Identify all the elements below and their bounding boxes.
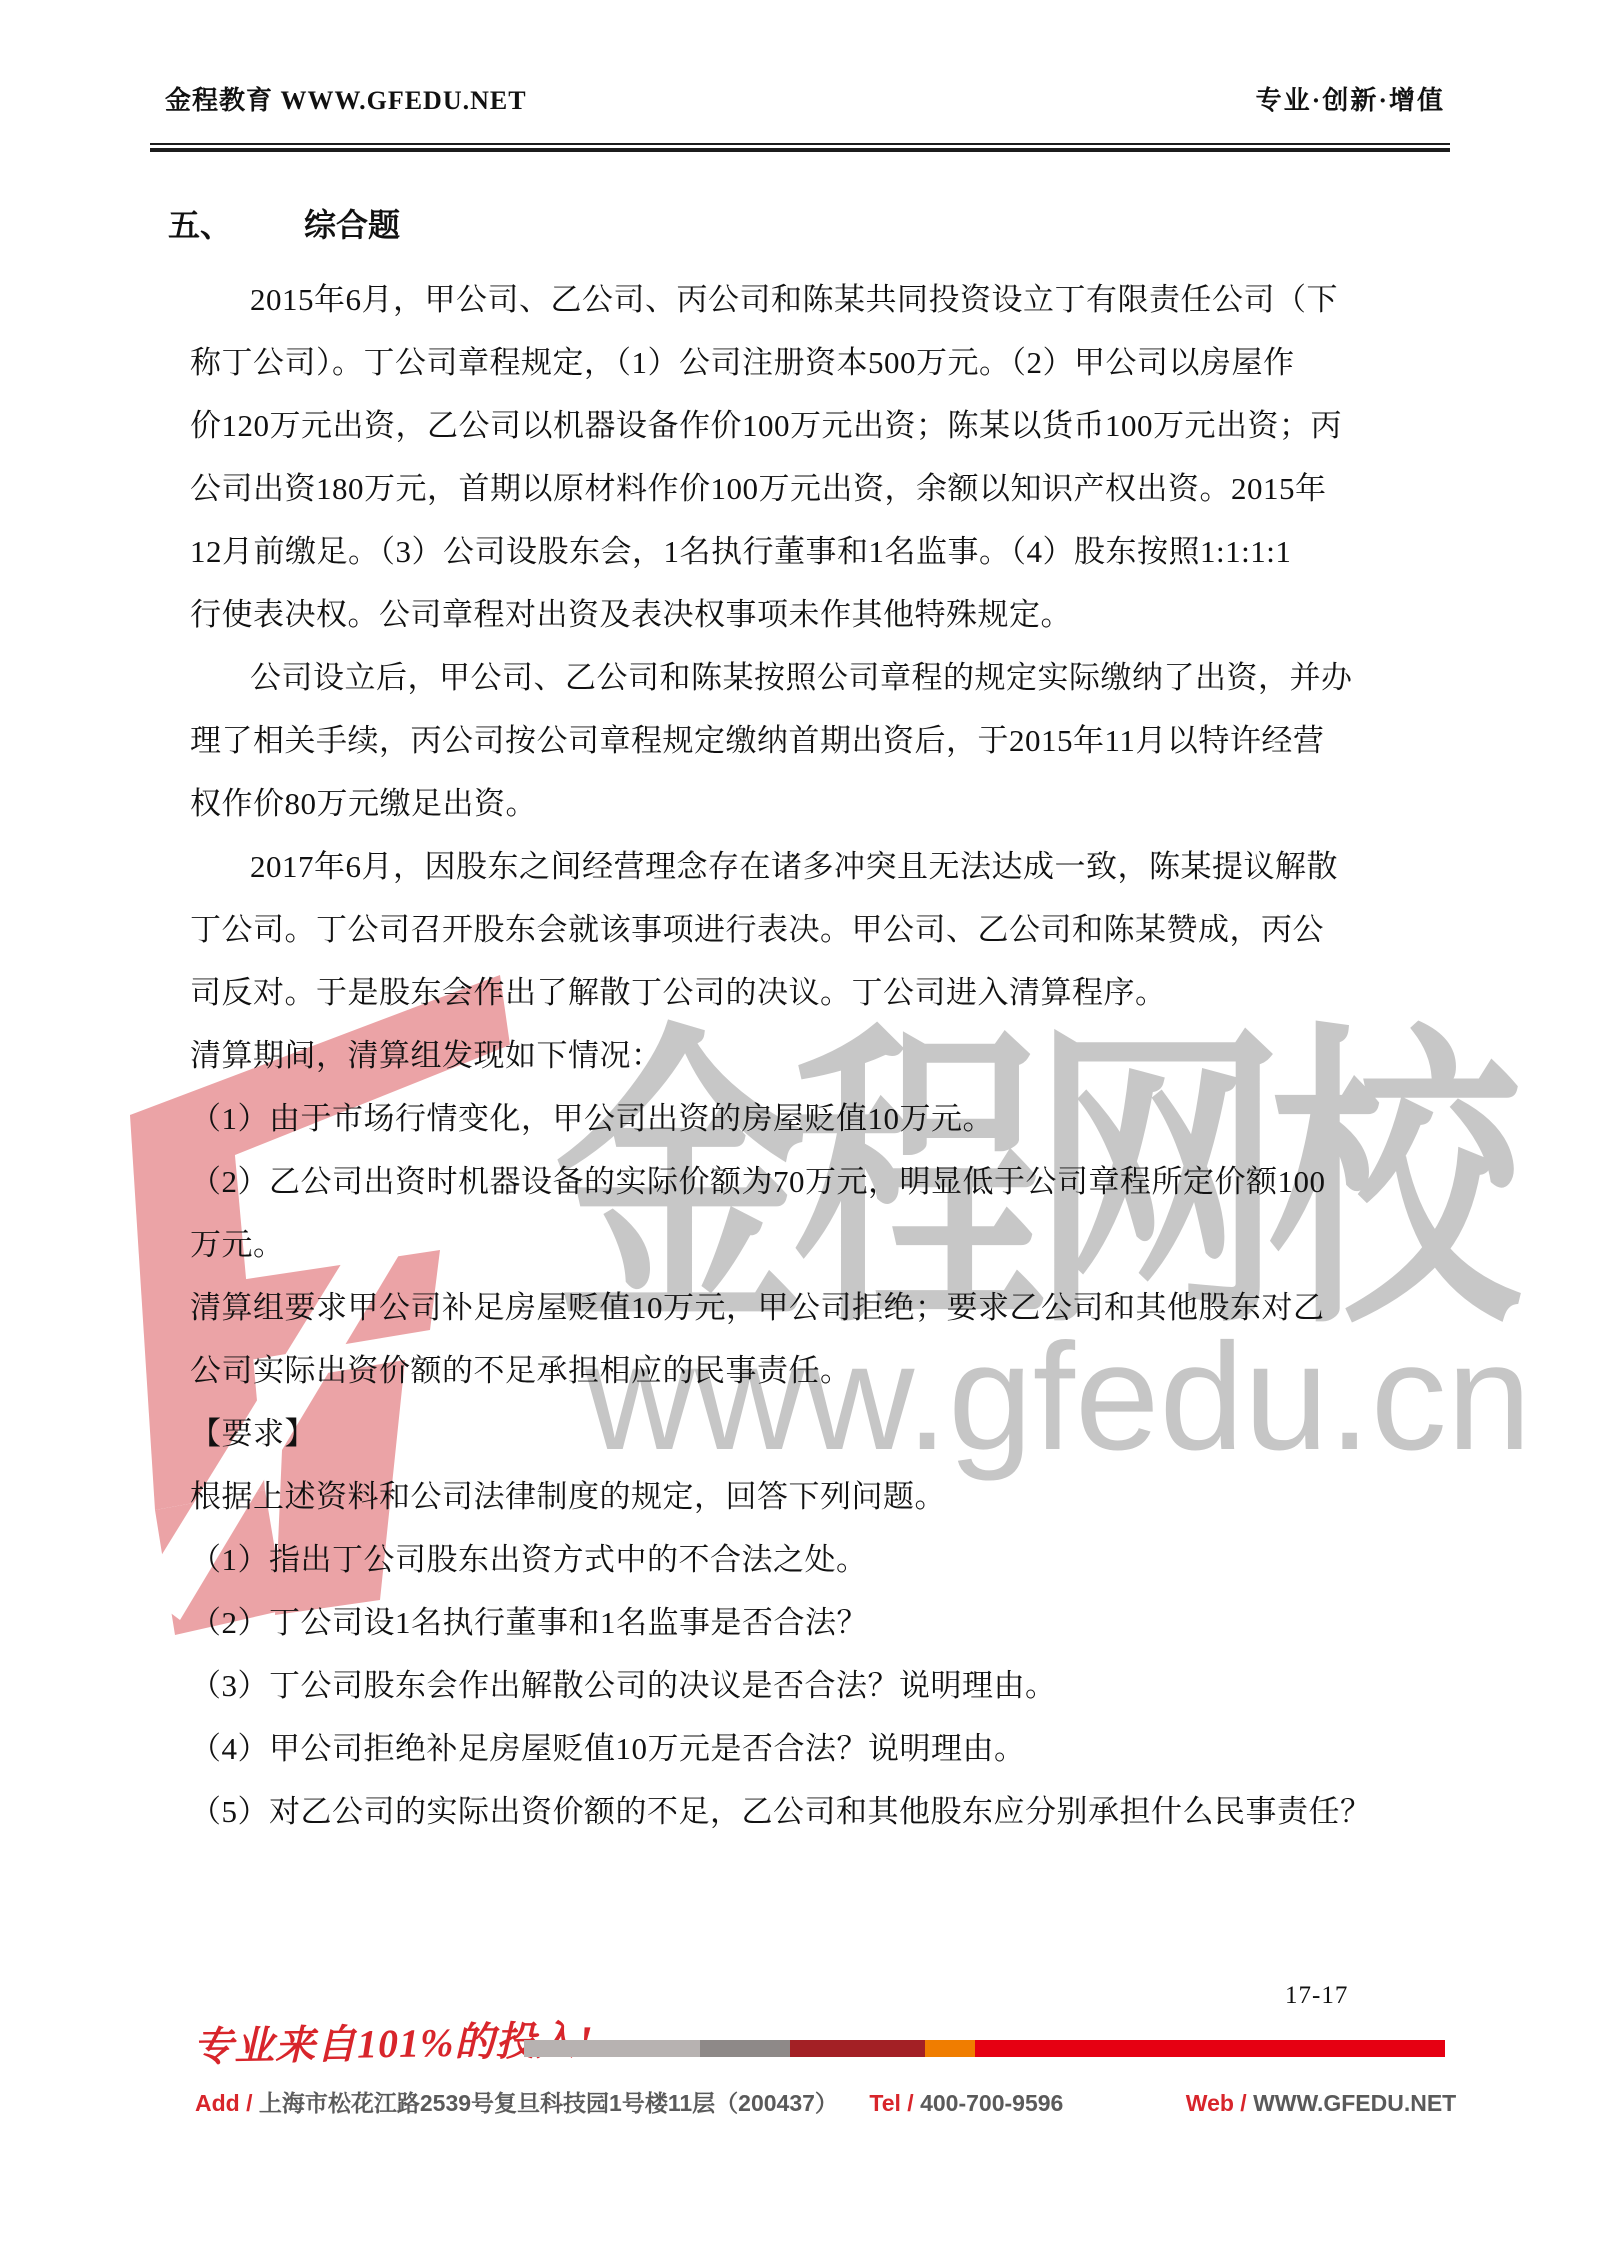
text-line: 12月前缴足。（3）公司设股东会，1名执行董事和1名监事。（4）股东按照1:1:…: [190, 520, 1460, 583]
footer-address: Add / 上海市松花江路2539号复旦科技园1号楼11层（200437）: [195, 2085, 863, 2118]
text-line: 行使表决权。公司章程对出资及表决权事项未作其他特殊规定。: [190, 583, 1460, 646]
web-label: Web /: [1186, 2090, 1247, 2116]
web-value: WWW.GFEDU.NET: [1253, 2090, 1456, 2116]
footer-website: Web / WWW.GFEDU.NET: [1186, 2090, 1456, 2117]
footer-telephone: Tel / 400-700-9596: [869, 2090, 1179, 2117]
text-line: 2017年6月，因股东之间经营理念存在诸多冲突且无法达成一致，陈某提议解散: [190, 835, 1460, 898]
text-line: （2）乙公司出资时机器设备的实际价额为70万元，明显低于公司章程所定价额100: [190, 1150, 1460, 1213]
text-line: 【要求】: [190, 1402, 1460, 1465]
text-line: 司反对。于是股东会作出了解散丁公司的决议。丁公司进入清算程序。: [190, 961, 1460, 1024]
text-line: 理了相关手续，丙公司按公司章程规定缴纳首期出资后，于2015年11月以特许经营: [190, 709, 1460, 772]
header-brand-text: 金程教育 WWW.GFEDU.NET: [165, 80, 527, 117]
text-line: （1）指出丁公司股东出资方式中的不合法之处。: [190, 1528, 1460, 1591]
text-line: 公司出资180万元，首期以原材料作价100万元出资，余额以知识产权出资。2015…: [190, 457, 1460, 520]
footer-color-bar: [524, 2040, 1445, 2057]
text-line: （5）对乙公司的实际出资价额的不足，乙公司和其他股东应分别承担什么民事责任？: [190, 1780, 1460, 1843]
text-line: （1）由于市场行情变化，甲公司出资的房屋贬值10万元。: [190, 1087, 1460, 1150]
text-line: 清算组要求甲公司补足房屋贬值10万元，甲公司拒绝；要求乙公司和其他股东对乙: [190, 1276, 1460, 1339]
text-line: 公司实际出资价额的不足承担相应的民事责任。: [190, 1339, 1460, 1402]
tel-label: Tel /: [869, 2090, 913, 2116]
text-line: 清算期间，清算组发现如下情况：: [190, 1024, 1460, 1087]
page-number: 17-17: [1285, 1982, 1348, 2010]
bar-segment: [925, 2040, 975, 2057]
address-value: 上海市松花江路2539号复旦科技园1号楼11层（200437）: [259, 2090, 838, 2116]
section-number: 五、: [168, 207, 232, 243]
text-line: 价120万元出资，乙公司以机器设备作价100万元出资；陈某以货币100万元出资；…: [190, 394, 1460, 457]
text-line: 万元。: [190, 1213, 1460, 1276]
text-line: 称丁公司）。丁公司章程规定，（1）公司注册资本500万元。（2）甲公司以房屋作: [190, 331, 1460, 394]
text-line: 公司设立后，甲公司、乙公司和陈某按照公司章程的规定实际缴纳了出资，并办: [190, 646, 1460, 709]
bar-segment: [975, 2040, 1445, 2057]
header-divider: [150, 143, 1450, 152]
text-line: 丁公司。丁公司召开股东会就该事项进行表决。甲公司、乙公司和陈某赞成，丙公: [190, 898, 1460, 961]
section-title: 五、综合题: [168, 200, 400, 246]
text-line: （3）丁公司股东会作出解散公司的决议是否合法？说明理由。: [190, 1654, 1460, 1717]
question-body: 2015年6月，甲公司、乙公司、丙公司和陈某共同投资设立丁有限责任公司（下 称丁…: [190, 268, 1460, 1843]
text-line: 权作价80万元缴足出资。: [190, 772, 1460, 835]
tel-value: 400-700-9596: [920, 2090, 1063, 2116]
text-line: 根据上述资料和公司法律制度的规定，回答下列问题。: [190, 1465, 1460, 1528]
footer-contact-row: Add / 上海市松花江路2539号复旦科技园1号楼11层（200437） Te…: [195, 2085, 1455, 2118]
text-line: （4）甲公司拒绝补足房屋贬值10万元是否合法？说明理由。: [190, 1717, 1460, 1780]
address-label: Add /: [195, 2090, 253, 2116]
bar-segment: [790, 2040, 925, 2057]
document-page: { "header": { "left": "金程教育 WWW.GFEDU.NE…: [0, 0, 1600, 2263]
text-line: （2）丁公司设1名执行董事和1名监事是否合法？: [190, 1591, 1460, 1654]
header-motto-text: 专业·创新·增值: [1256, 80, 1445, 117]
bar-segment: [700, 2040, 790, 2057]
section-title-text: 综合题: [304, 207, 400, 243]
bar-segment: [524, 2040, 700, 2057]
text-line: 2015年6月，甲公司、乙公司、丙公司和陈某共同投资设立丁有限责任公司（下: [190, 268, 1460, 331]
